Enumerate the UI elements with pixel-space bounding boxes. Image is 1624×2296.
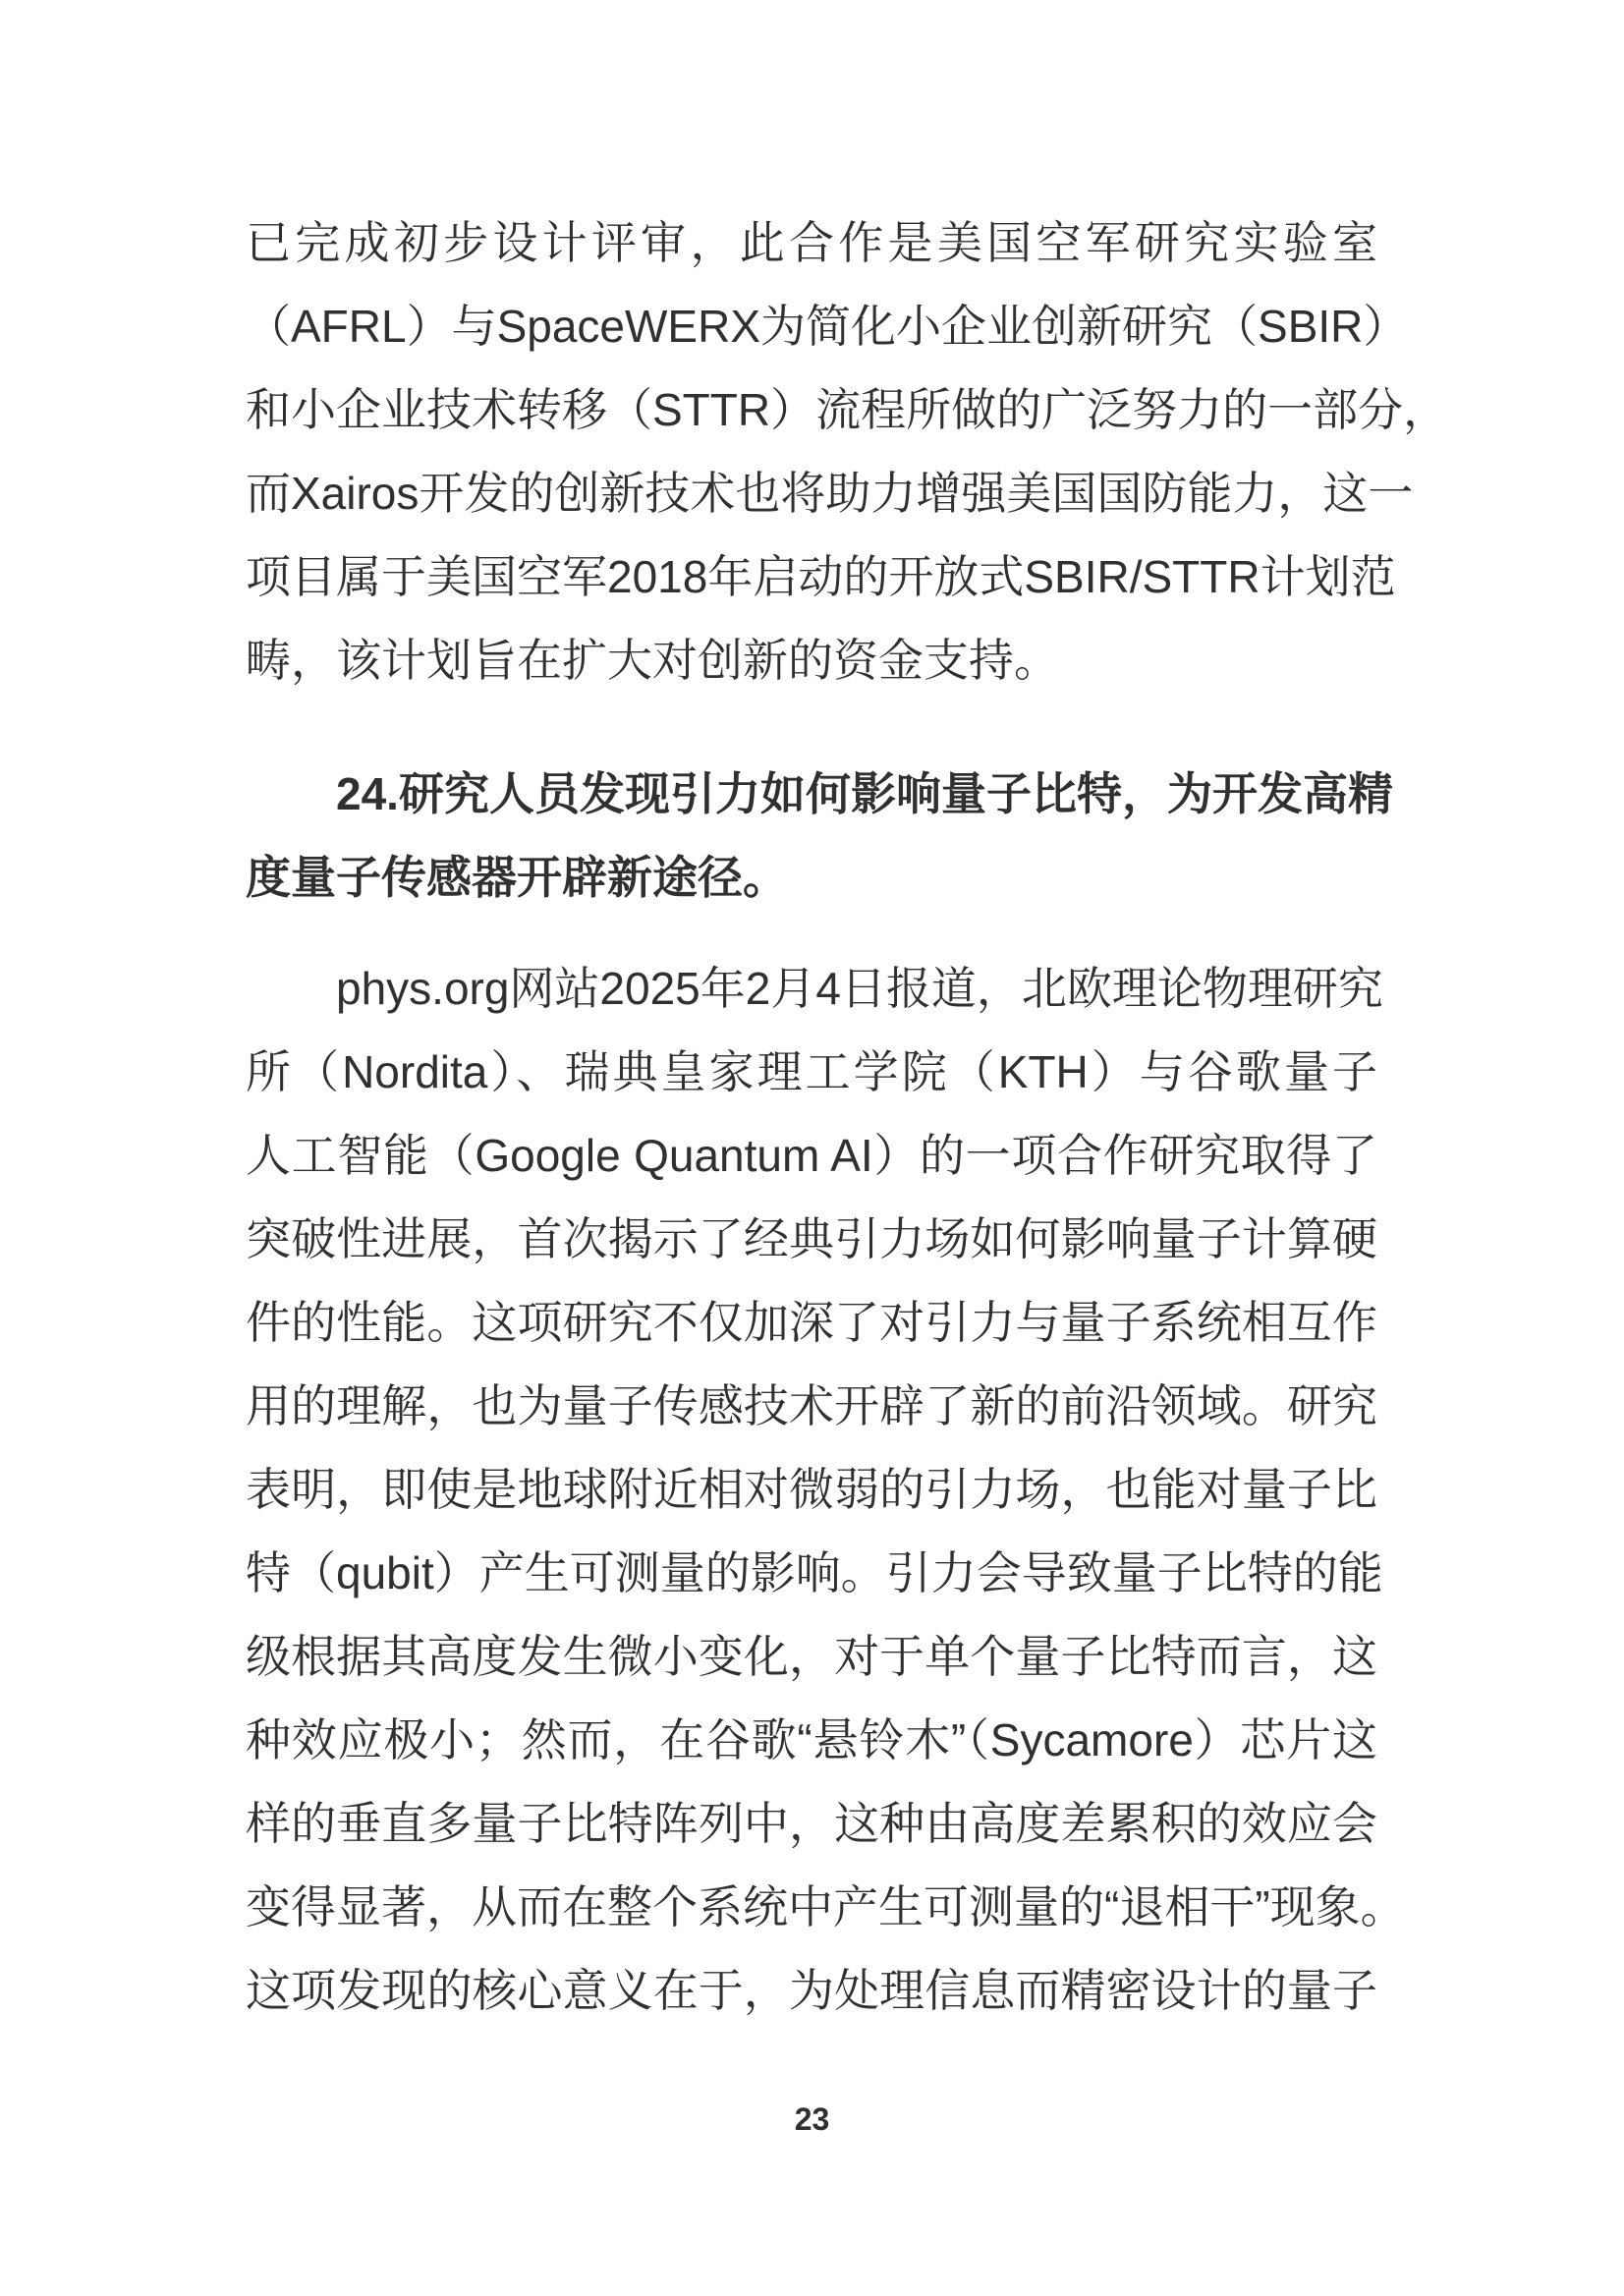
paragraph-continued: 已完成初步设计评审，此合作是美国空军研究实验室 （AFRL）与SpaceWERX… [246, 201, 1377, 702]
heading-line: 度量子传感器开辟新途径。 [246, 836, 1377, 920]
text-line: 件的性能。这项研究不仅加深了对引力与量子系统相互作 [246, 1281, 1377, 1365]
text-line: 畴，该计划旨在扩大对创新的资金支持。 [246, 619, 1377, 702]
text-line: 变得显著，从而在整个系统中产生可测量的“退相干”现象。 [246, 1866, 1377, 1949]
text-line: 和小企业技术转移（STTR）流程所做的广泛努力的一部分， [246, 368, 1377, 452]
text-line: 突破性进展，首次揭示了经典引力场如何影响量子计算硬 [246, 1198, 1377, 1281]
text-line: phys.org网站2025年2月4日报道，北欧理论物理研究 [246, 947, 1377, 1031]
text-line: 用的理解，也为量子传感技术开辟了新的前沿领域。研究 [246, 1365, 1377, 1448]
section-heading-24: 24.研究人员发现引力如何影响量子比特，为开发高精 度量子传感器开辟新途径。 [246, 753, 1377, 920]
text-line: 这项发现的核心意义在于，为处理信息而精密设计的量子 [246, 1949, 1377, 2033]
text-line: 种效应极小；然而，在谷歌“悬铃木”（Sycamore）芯片这 [246, 1699, 1377, 1782]
text-line: 已完成初步设计评审，此合作是美国空军研究实验室 [246, 201, 1377, 285]
text-line: 表明，即使是地球附近相对微弱的引力场，也能对量子比 [246, 1448, 1377, 1532]
text-line: 级根据其高度发生微小变化，对于单个量子比特而言，这 [246, 1615, 1377, 1699]
text-line: （AFRL）与SpaceWERX为简化小企业创新研究（SBIR） [246, 285, 1377, 368]
page-number: 23 [0, 2100, 1624, 2139]
text-line: 而Xairos开发的创新技术也将助力增强美国国防能力，这一 [246, 452, 1377, 535]
text-line: 人工智能（Google Quantum AI）的一项合作研究取得了 [246, 1114, 1377, 1198]
text-line: 特（qubit）产生可测量的影响。引力会导致量子比特的能 [246, 1532, 1377, 1615]
document-page: 已完成初步设计评审，此合作是美国空军研究实验室 （AFRL）与SpaceWERX… [0, 0, 1624, 2296]
heading-line: 24.研究人员发现引力如何影响量子比特，为开发高精 [246, 753, 1377, 836]
paragraph-section-24-body: phys.org网站2025年2月4日报道，北欧理论物理研究 所（Nordita… [246, 947, 1377, 2033]
text-line: 项目属于美国空军2018年启动的开放式SBIR/STTR计划范 [246, 535, 1377, 619]
text-line: 所（Nordita）、瑞典皇家理工学院（KTH）与谷歌量子 [246, 1031, 1377, 1114]
body-text: 已完成初步设计评审，此合作是美国空军研究实验室 （AFRL）与SpaceWERX… [246, 201, 1377, 2033]
text-line: 样的垂直多量子比特阵列中，这种由高度差累积的效应会 [246, 1782, 1377, 1866]
